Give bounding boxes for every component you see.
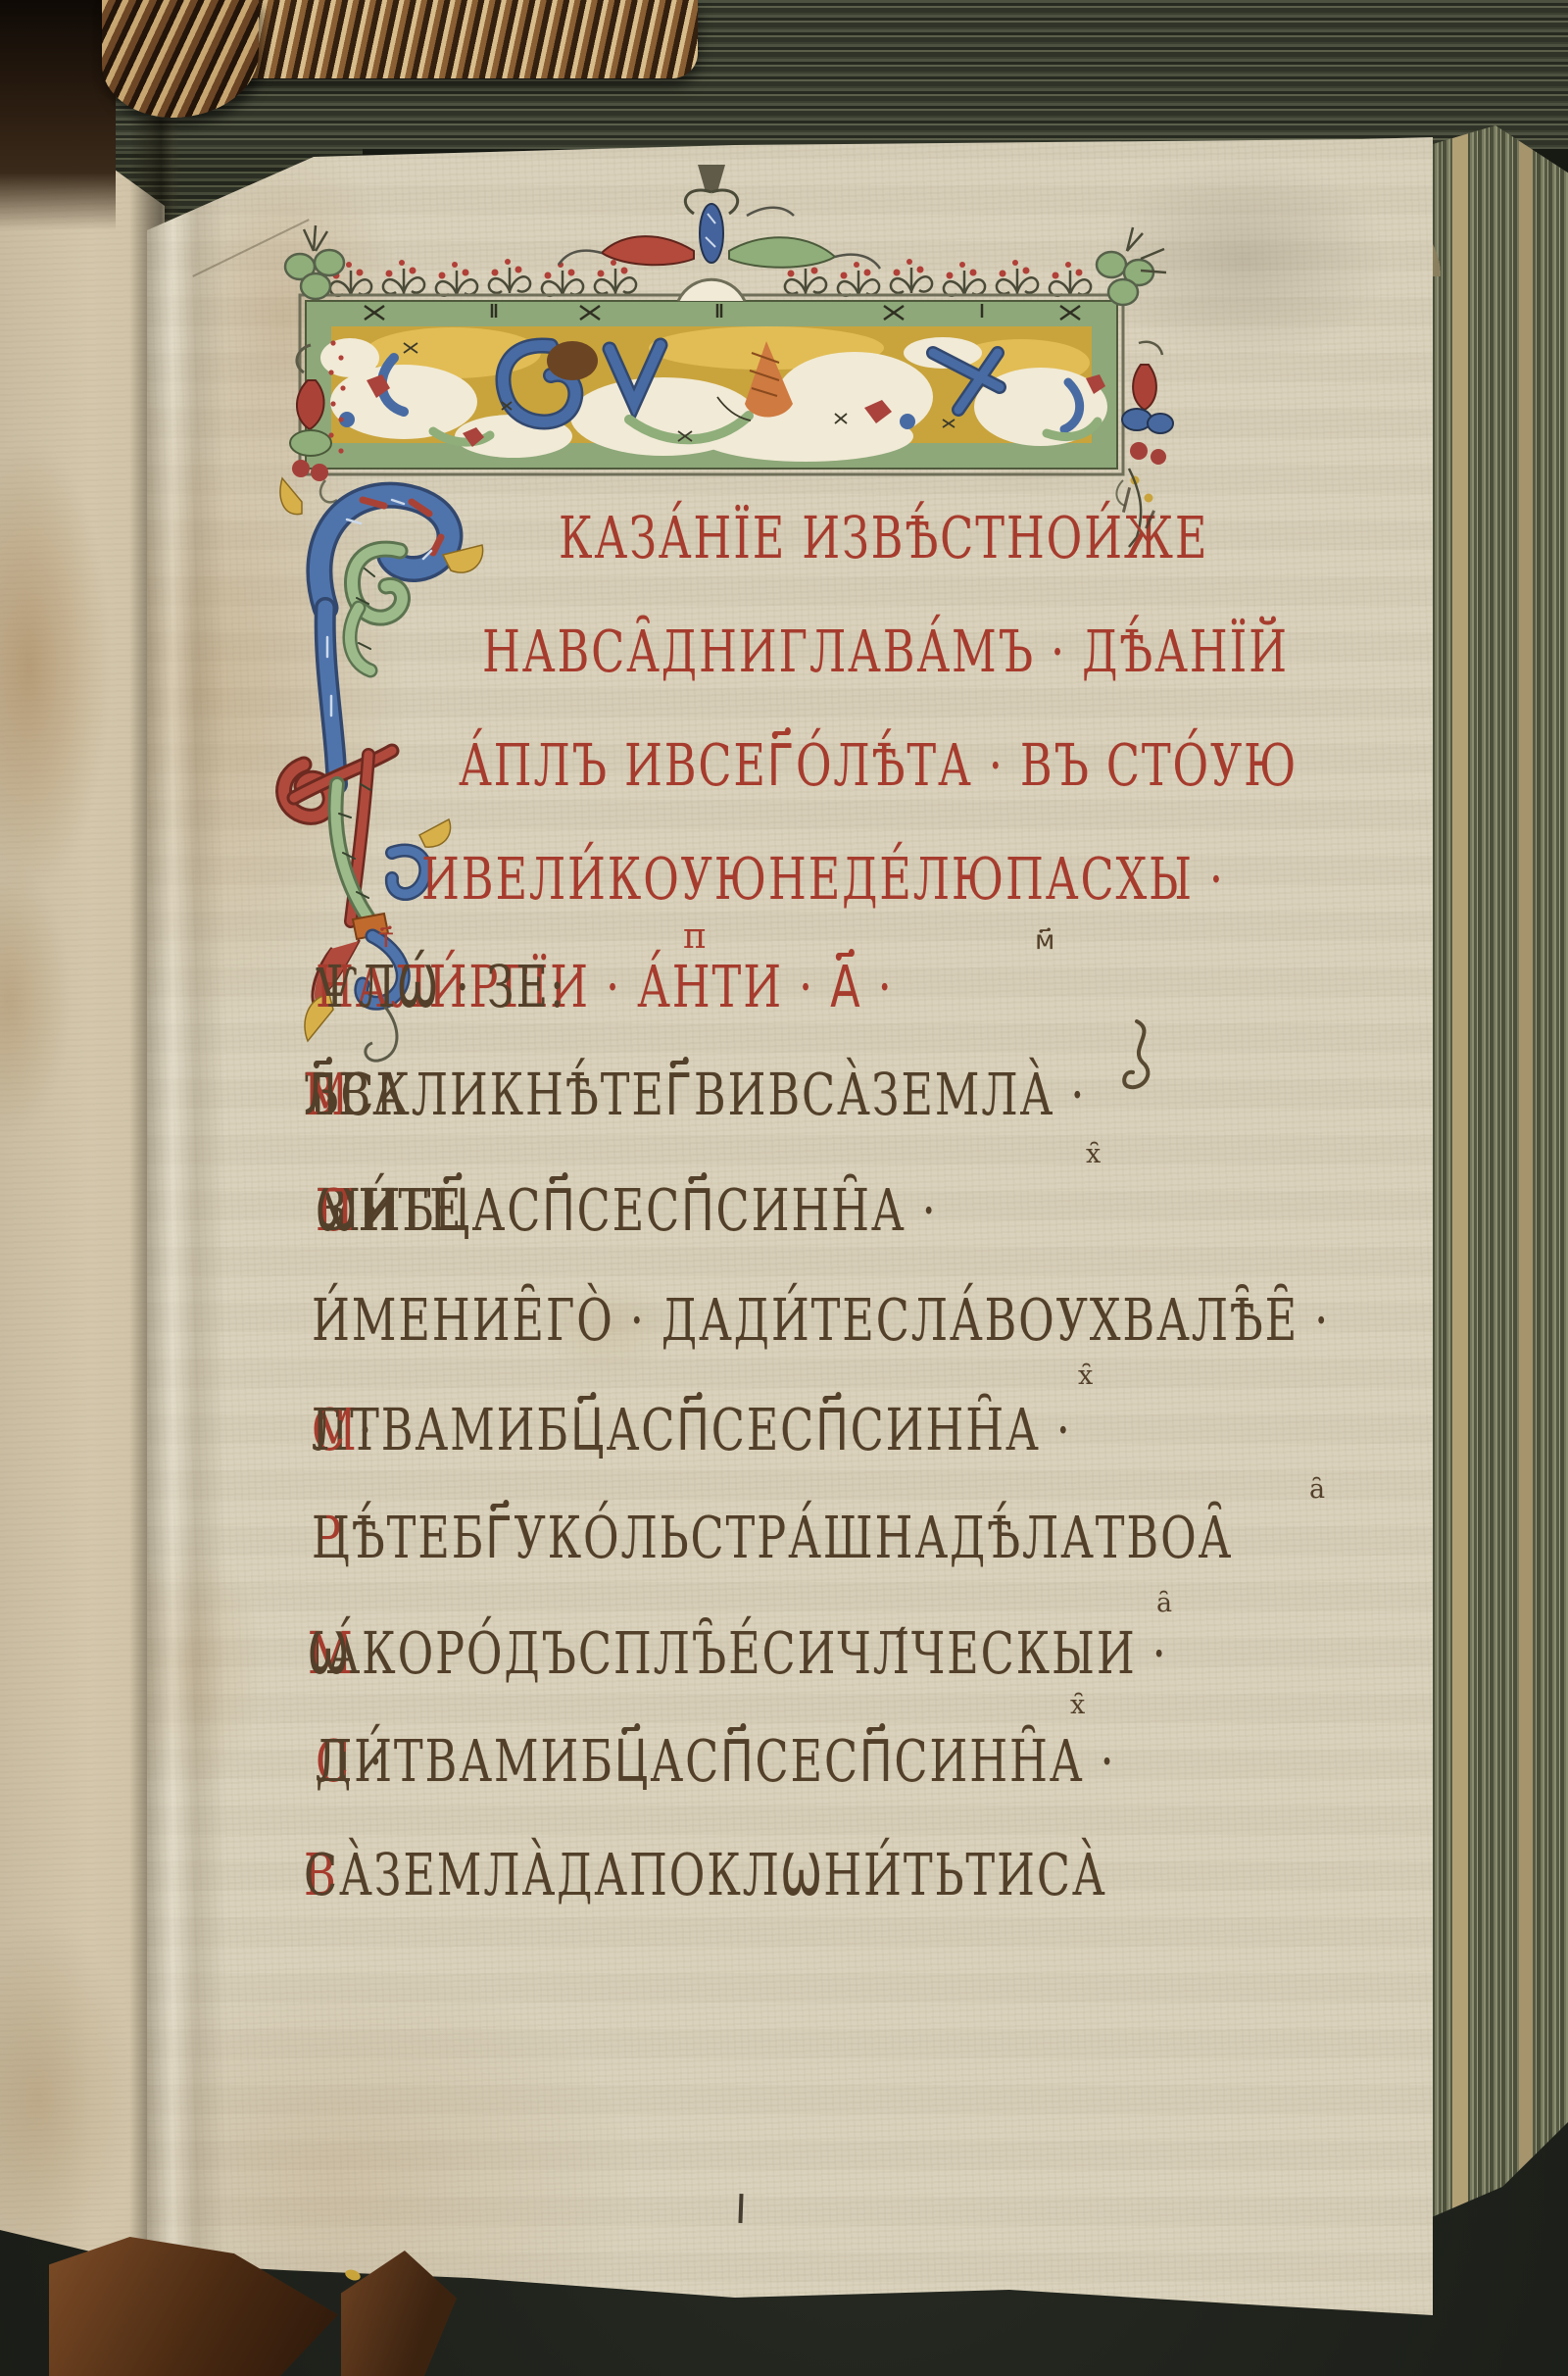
superscript-mark: т҃ — [378, 925, 394, 952]
text-block: КАЗА́НЇЕ ИЗВѢ́СТНОИ́ЖЕНАВСА̑ДНИГЛАВА́МЪ … — [0, 0, 1568, 2376]
ink-text: Д · — [316, 1733, 384, 1791]
ze-flourish — [1123, 1021, 1182, 1119]
superscript-mark: х̑ — [1070, 1692, 1085, 1718]
superscript-mark: м҃ — [1035, 927, 1054, 954]
superscript-mark: х̑ — [1078, 1362, 1093, 1389]
rubric-text: ИВЕЛИ́КОУЮНЕДЕ́ЛЮПАСХЫ · — [421, 851, 1225, 909]
ink-text: И́МЕНИЕ̑ГО̀ · ДАДИ́ТЕСЛА́ВОУХВАЛѢ̑Е̑ · — [312, 1292, 1330, 1350]
ink-text: Ѡ — [308, 1625, 351, 1683]
rubric-text: НАВСА̑ДНИГЛАВА́МЪ · ДѢ́АНЇЙ — [482, 623, 1289, 681]
ink-text: Г · — [312, 1402, 374, 1460]
ink-text: ЦѢ́ТЕБГ҃УКО́ЛЬСТРА́ШНАДѢ́ЛАТВОА̑ — [312, 1510, 1233, 1567]
superscript-mark: п — [683, 919, 707, 955]
rubric-text: А́ПЛЪ ИВСЕГ҃О́ЛѢ́ТА · ВЪ СТО́УЮ — [459, 737, 1298, 795]
superscript-mark: а̑ — [1156, 1590, 1172, 1616]
superscript-mark: а̑ — [1309, 1476, 1325, 1503]
ink-text: ѰЛѠ́ · ЗЕ: — [316, 959, 566, 1016]
ink-text: ІА́КОРО́ДЪСПЛЪ̑Е́СИЧЛ́ЧЕСКЫИ · — [308, 1625, 1168, 1683]
ink-text: ЛИ́ТВАМИБЦ҃АСП҃СЕСП҃СИНН̑А · — [316, 1733, 1116, 1791]
superscript-mark: х̑ — [1086, 1141, 1101, 1167]
ink-text: ЪСКЛИКНѢ́ТЕГ҃ВИВСА̀ЗЕМЛА̀ · — [304, 1066, 1086, 1124]
manuscript-photo: КАЗА́НЇЕ ИЗВѢ́СТНОИ́ЖЕНАВСА̑ДНИГЛАВА́МЪ … — [0, 0, 1568, 2376]
ink-text: Л҃ВА — [304, 1066, 408, 1124]
ink-text: СА̀ЗЕМЛА̀ДАПОКЛѠНИ́ТЬТИСА̀ — [304, 1847, 1107, 1905]
rubric-text: КАЗА́НЇЕ ИЗВѢ́СТНОИ́ЖЕ — [559, 510, 1208, 568]
ink-text: ѠИ́ТЕ — [316, 1182, 463, 1240]
ink-text: ЛТВАМИБЦ҃АСП҃СЕСП҃СИНН̑А · — [312, 1402, 1072, 1460]
